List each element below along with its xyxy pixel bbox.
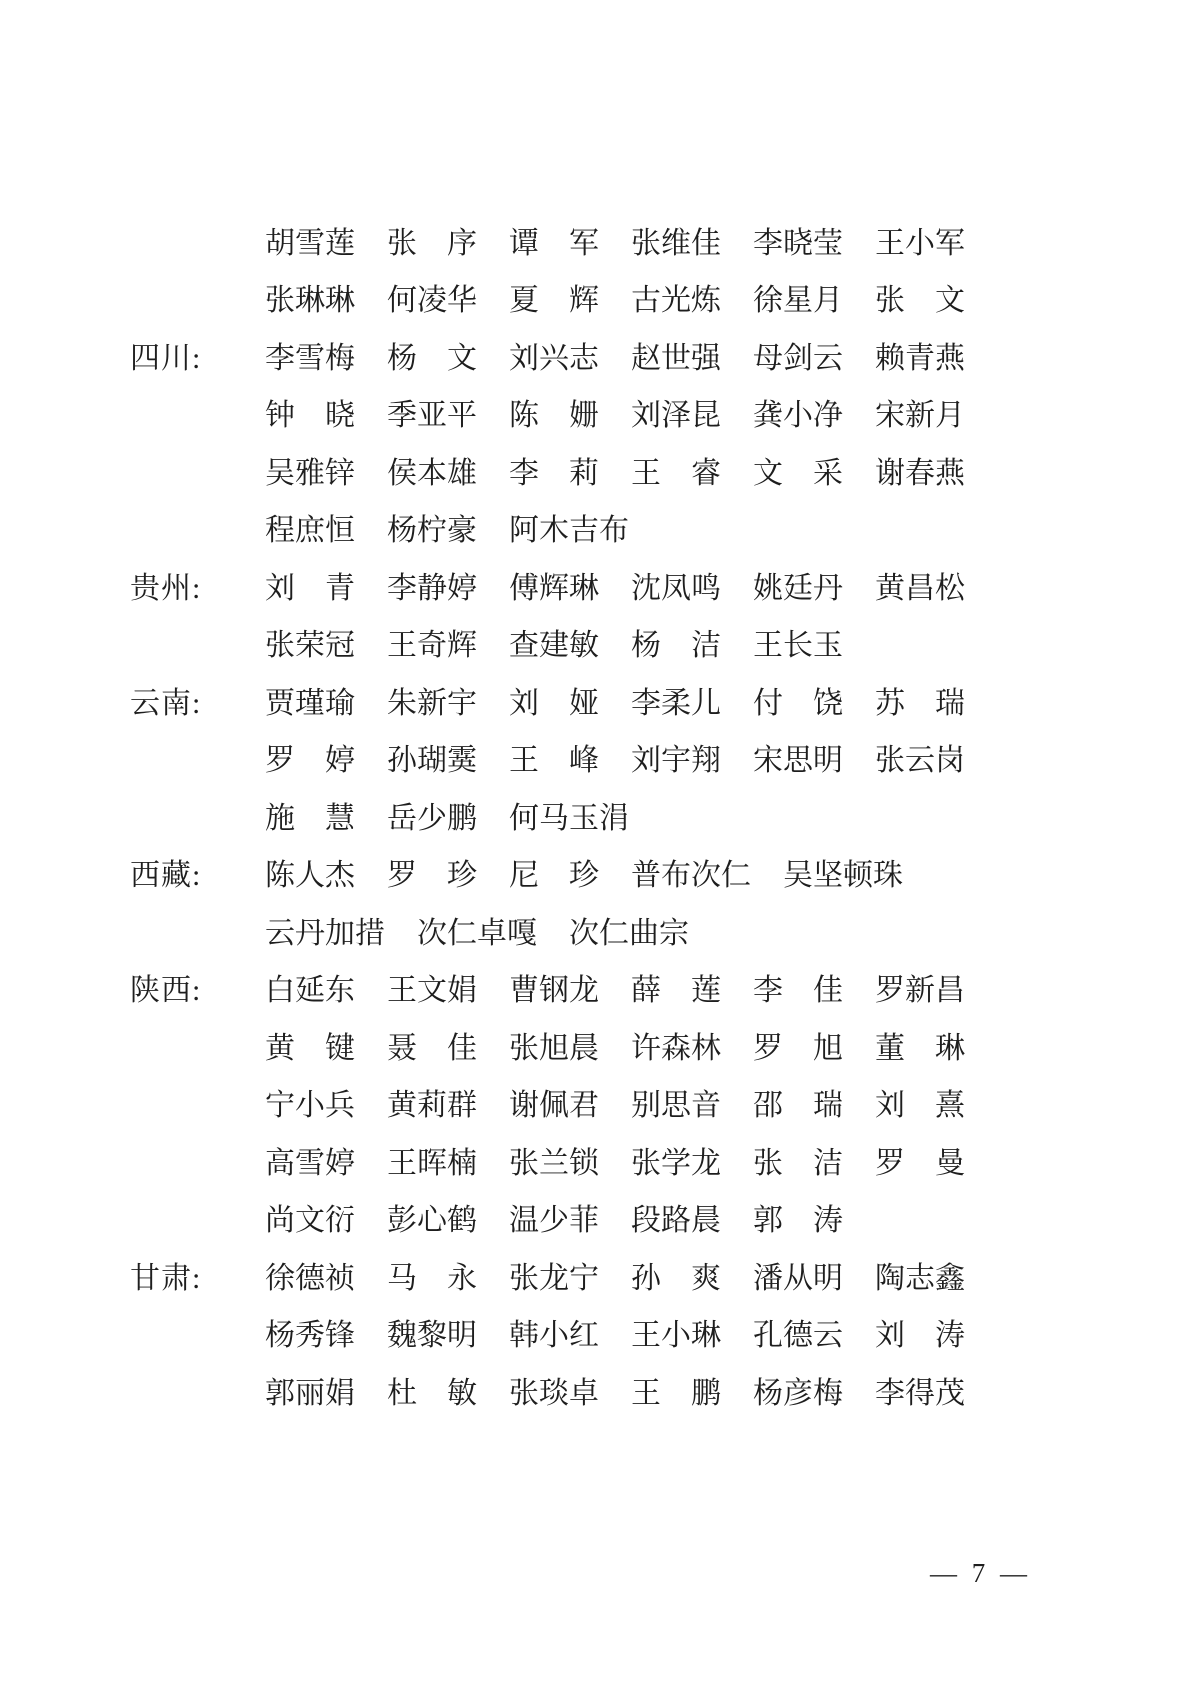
name-item: 郭 涛 [753, 1195, 843, 1239]
name-item: 宋思明 [753, 735, 843, 779]
name-item: 普布次仁 [631, 850, 751, 894]
names-group: 胡雪莲张 序谭 军张维佳李晓莹王小军 [265, 218, 965, 262]
name-item: 段路晨 [631, 1195, 721, 1239]
names-group: 钟 晓季亚平陈 姗刘泽昆龚小净宋新月 [265, 390, 965, 434]
name-item: 杨柠豪 [387, 505, 477, 549]
name-item: 孙 爽 [631, 1253, 721, 1297]
names-group: 尚文衍彭心鹤温少菲段路晨郭 涛 [265, 1195, 843, 1239]
name-item: 潘从明 [753, 1253, 843, 1297]
name-row: 郭丽娟杜 敏张琰卓王 鹏杨彦梅李得茂 [130, 1361, 1080, 1419]
name-item: 徐星月 [753, 275, 843, 319]
name-row: 尚文衍彭心鹤温少菲段路晨郭 涛 [130, 1189, 1080, 1247]
page-number: — 7 — [930, 1558, 1031, 1589]
names-group: 张琳琳何凌华夏 辉古光炼徐星月张 文 [265, 275, 965, 319]
name-item: 文 采 [753, 448, 843, 492]
name-item: 付 饶 [753, 678, 843, 722]
name-row: 胡雪莲张 序谭 军张维佳李晓莹王小军 [130, 211, 1080, 269]
name-row: 高雪婷王晖楠张兰锁张学龙张 洁罗 曼 [130, 1131, 1080, 1189]
name-item: 董 琳 [875, 1023, 965, 1067]
name-item: 陈 姗 [509, 390, 599, 434]
province-label: 甘肃: [130, 1253, 265, 1297]
names-group: 罗 婷孙瑚霙王 峰刘宇翔宋思明张云岗 [265, 735, 965, 779]
names-group: 贾瑾瑜朱新宇刘 娅李柔儿付 饶苏 瑞 [265, 678, 965, 722]
name-item: 杜 敏 [387, 1368, 477, 1412]
name-item: 胡雪莲 [265, 218, 355, 262]
names-group: 郭丽娟杜 敏张琰卓王 鹏杨彦梅李得茂 [265, 1368, 965, 1412]
name-item: 王晖楠 [387, 1138, 477, 1182]
name-item: 次仁曲宗 [569, 908, 689, 952]
names-group: 李雪梅杨 文刘兴志赵世强母剑云赖青燕 [265, 333, 965, 377]
name-item: 别思音 [631, 1080, 721, 1124]
name-item: 李柔儿 [631, 678, 721, 722]
name-item: 云丹加措 [265, 908, 385, 952]
name-item: 宋新月 [875, 390, 965, 434]
names-group: 施 慧岳少鹏何马玉涓 [265, 793, 629, 837]
name-item: 侯本雄 [387, 448, 477, 492]
name-item: 陈人杰 [265, 850, 355, 894]
province-label: 贵州: [130, 563, 265, 607]
name-item: 刘 青 [265, 563, 355, 607]
name-row: 程庶恒杨柠豪阿木吉布 [130, 499, 1080, 557]
name-item: 李晓莹 [753, 218, 843, 262]
name-item: 古光炼 [631, 275, 721, 319]
name-item: 张兰锁 [509, 1138, 599, 1182]
name-item: 张学龙 [631, 1138, 721, 1182]
name-item: 查建敏 [509, 620, 599, 664]
province-label: 四川: [130, 333, 265, 377]
province-label: 陕西: [130, 965, 265, 1009]
name-item: 徐德祯 [265, 1253, 355, 1297]
names-group: 杨秀锋魏黎明韩小红王小琳孔德云刘 涛 [265, 1310, 965, 1354]
name-item: 陶志鑫 [875, 1253, 965, 1297]
names-group: 高雪婷王晖楠张兰锁张学龙张 洁罗 曼 [265, 1138, 965, 1182]
province-label: 西藏: [130, 850, 265, 894]
name-item: 何马玉涓 [509, 793, 629, 837]
name-item: 杨 文 [387, 333, 477, 377]
name-item: 谢佩君 [509, 1080, 599, 1124]
names-group: 陈人杰罗 珍尼 珍普布次仁吴坚顿珠 [265, 850, 903, 894]
name-item: 王文娟 [387, 965, 477, 1009]
names-group: 程庶恒杨柠豪阿木吉布 [265, 505, 629, 549]
name-item: 杨 洁 [631, 620, 721, 664]
name-row: 罗 婷孙瑚霙王 峰刘宇翔宋思明张云岗 [130, 729, 1080, 787]
name-item: 赵世强 [631, 333, 721, 377]
name-item: 邵 瑞 [753, 1080, 843, 1124]
name-item: 程庶恒 [265, 505, 355, 549]
name-item: 阿木吉布 [509, 505, 629, 549]
name-row: 黄 键聂 佳张旭晨许森林罗 旭董 琳 [130, 1016, 1080, 1074]
name-item: 罗 珍 [387, 850, 477, 894]
name-item: 温少菲 [509, 1195, 599, 1239]
name-row: 施 慧岳少鹏何马玉涓 [130, 786, 1080, 844]
names-group: 宁小兵黄莉群谢佩君别思音邵 瑞刘 熹 [265, 1080, 965, 1124]
name-item: 尚文衍 [265, 1195, 355, 1239]
name-item: 刘 涛 [875, 1310, 965, 1354]
name-item: 施 慧 [265, 793, 355, 837]
name-row: 云南:贾瑾瑜朱新宇刘 娅李柔儿付 饶苏 瑞 [130, 671, 1080, 729]
name-item: 沈凤鸣 [631, 563, 721, 607]
name-row: 钟 晓季亚平陈 姗刘泽昆龚小净宋新月 [130, 384, 1080, 442]
name-item: 高雪婷 [265, 1138, 355, 1182]
name-item: 龚小净 [753, 390, 843, 434]
name-item: 刘泽昆 [631, 390, 721, 434]
name-item: 罗 曼 [875, 1138, 965, 1182]
name-item: 罗新昌 [875, 965, 965, 1009]
name-item: 李雪梅 [265, 333, 355, 377]
name-item: 朱新宇 [387, 678, 477, 722]
name-row: 陕西:白延东王文娟曹钢龙薛 莲李 佳罗新昌 [130, 959, 1080, 1017]
name-row: 西藏:陈人杰罗 珍尼 珍普布次仁吴坚顿珠 [130, 844, 1080, 902]
names-group: 张荣冠王奇辉查建敏杨 洁王长玉 [265, 620, 843, 664]
name-item: 苏 瑞 [875, 678, 965, 722]
name-item: 黄 键 [265, 1023, 355, 1067]
name-row: 甘肃:徐德祯马 永张龙宁孙 爽潘从明陶志鑫 [130, 1246, 1080, 1304]
name-item: 次仁卓嘎 [417, 908, 537, 952]
name-item: 季亚平 [387, 390, 477, 434]
name-item: 张维佳 [631, 218, 721, 262]
name-item: 罗 旭 [753, 1023, 843, 1067]
name-item: 刘宇翔 [631, 735, 721, 779]
name-item: 王 睿 [631, 448, 721, 492]
name-row: 贵州:刘 青李静婷傅辉琳沈凤鸣姚廷丹黄昌松 [130, 556, 1080, 614]
name-item: 孔德云 [753, 1310, 843, 1354]
name-row: 四川:李雪梅杨 文刘兴志赵世强母剑云赖青燕 [130, 326, 1080, 384]
name-item: 李 佳 [753, 965, 843, 1009]
name-item: 杨秀锋 [265, 1310, 355, 1354]
name-item: 刘兴志 [509, 333, 599, 377]
name-item: 郭丽娟 [265, 1368, 355, 1412]
name-item: 张琳琳 [265, 275, 355, 319]
name-item: 贾瑾瑜 [265, 678, 355, 722]
names-group: 黄 键聂 佳张旭晨许森林罗 旭董 琳 [265, 1023, 965, 1067]
name-item: 李静婷 [387, 563, 477, 607]
name-item: 张荣冠 [265, 620, 355, 664]
name-item: 张 文 [875, 275, 965, 319]
name-row: 张荣冠王奇辉查建敏杨 洁王长玉 [130, 614, 1080, 672]
name-item: 薛 莲 [631, 965, 721, 1009]
name-item: 刘 熹 [875, 1080, 965, 1124]
name-item: 黄莉群 [387, 1080, 477, 1124]
name-item: 许森林 [631, 1023, 721, 1067]
name-item: 杨彦梅 [753, 1368, 843, 1412]
name-item: 李 莉 [509, 448, 599, 492]
name-item: 何凌华 [387, 275, 477, 319]
name-item: 宁小兵 [265, 1080, 355, 1124]
names-group: 吴雅锌侯本雄李 莉王 睿文 采谢春燕 [265, 448, 965, 492]
name-item: 刘 娅 [509, 678, 599, 722]
name-item: 张云岗 [875, 735, 965, 779]
name-item: 姚廷丹 [753, 563, 843, 607]
name-row: 宁小兵黄莉群谢佩君别思音邵 瑞刘 熹 [130, 1074, 1080, 1132]
names-group: 刘 青李静婷傅辉琳沈凤鸣姚廷丹黄昌松 [265, 563, 965, 607]
name-item: 尼 珍 [509, 850, 599, 894]
name-item: 岳少鹏 [387, 793, 477, 837]
name-item: 赖青燕 [875, 333, 965, 377]
name-item: 傅辉琳 [509, 563, 599, 607]
name-row: 杨秀锋魏黎明韩小红王小琳孔德云刘 涛 [130, 1304, 1080, 1362]
name-item: 吴雅锌 [265, 448, 355, 492]
name-item: 张旭晨 [509, 1023, 599, 1067]
name-item: 母剑云 [753, 333, 843, 377]
name-item: 罗 婷 [265, 735, 355, 779]
name-item: 黄昌松 [875, 563, 965, 607]
names-group: 云丹加措次仁卓嘎次仁曲宗 [265, 908, 689, 952]
name-item: 魏黎明 [387, 1310, 477, 1354]
name-item: 夏 辉 [509, 275, 599, 319]
name-item: 钟 晓 [265, 390, 355, 434]
name-item: 张 序 [387, 218, 477, 262]
name-item: 张龙宁 [509, 1253, 599, 1297]
document-body: 胡雪莲张 序谭 军张维佳李晓莹王小军张琳琳何凌华夏 辉古光炼徐星月张 文四川:李… [130, 211, 1080, 1419]
name-item: 曹钢龙 [509, 965, 599, 1009]
name-item: 白延东 [265, 965, 355, 1009]
name-item: 张 洁 [753, 1138, 843, 1182]
name-row: 吴雅锌侯本雄李 莉王 睿文 采谢春燕 [130, 441, 1080, 499]
name-item: 王小军 [875, 218, 965, 262]
names-group: 徐德祯马 永张龙宁孙 爽潘从明陶志鑫 [265, 1253, 965, 1297]
name-row: 张琳琳何凌华夏 辉古光炼徐星月张 文 [130, 269, 1080, 327]
names-group: 白延东王文娟曹钢龙薛 莲李 佳罗新昌 [265, 965, 965, 1009]
name-item: 吴坚顿珠 [783, 850, 903, 894]
name-item: 王 鹏 [631, 1368, 721, 1412]
name-item: 王长玉 [753, 620, 843, 664]
name-item: 王奇辉 [387, 620, 477, 664]
name-item: 谭 军 [509, 218, 599, 262]
name-item: 张琰卓 [509, 1368, 599, 1412]
name-item: 聂 佳 [387, 1023, 477, 1067]
province-label: 云南: [130, 678, 265, 722]
name-item: 王小琳 [631, 1310, 721, 1354]
name-item: 彭心鹤 [387, 1195, 477, 1239]
name-item: 李得茂 [875, 1368, 965, 1412]
name-item: 孙瑚霙 [387, 735, 477, 779]
name-item: 王 峰 [509, 735, 599, 779]
name-item: 马 永 [387, 1253, 477, 1297]
name-item: 韩小红 [509, 1310, 599, 1354]
name-item: 谢春燕 [875, 448, 965, 492]
name-row: 云丹加措次仁卓嘎次仁曲宗 [130, 901, 1080, 959]
